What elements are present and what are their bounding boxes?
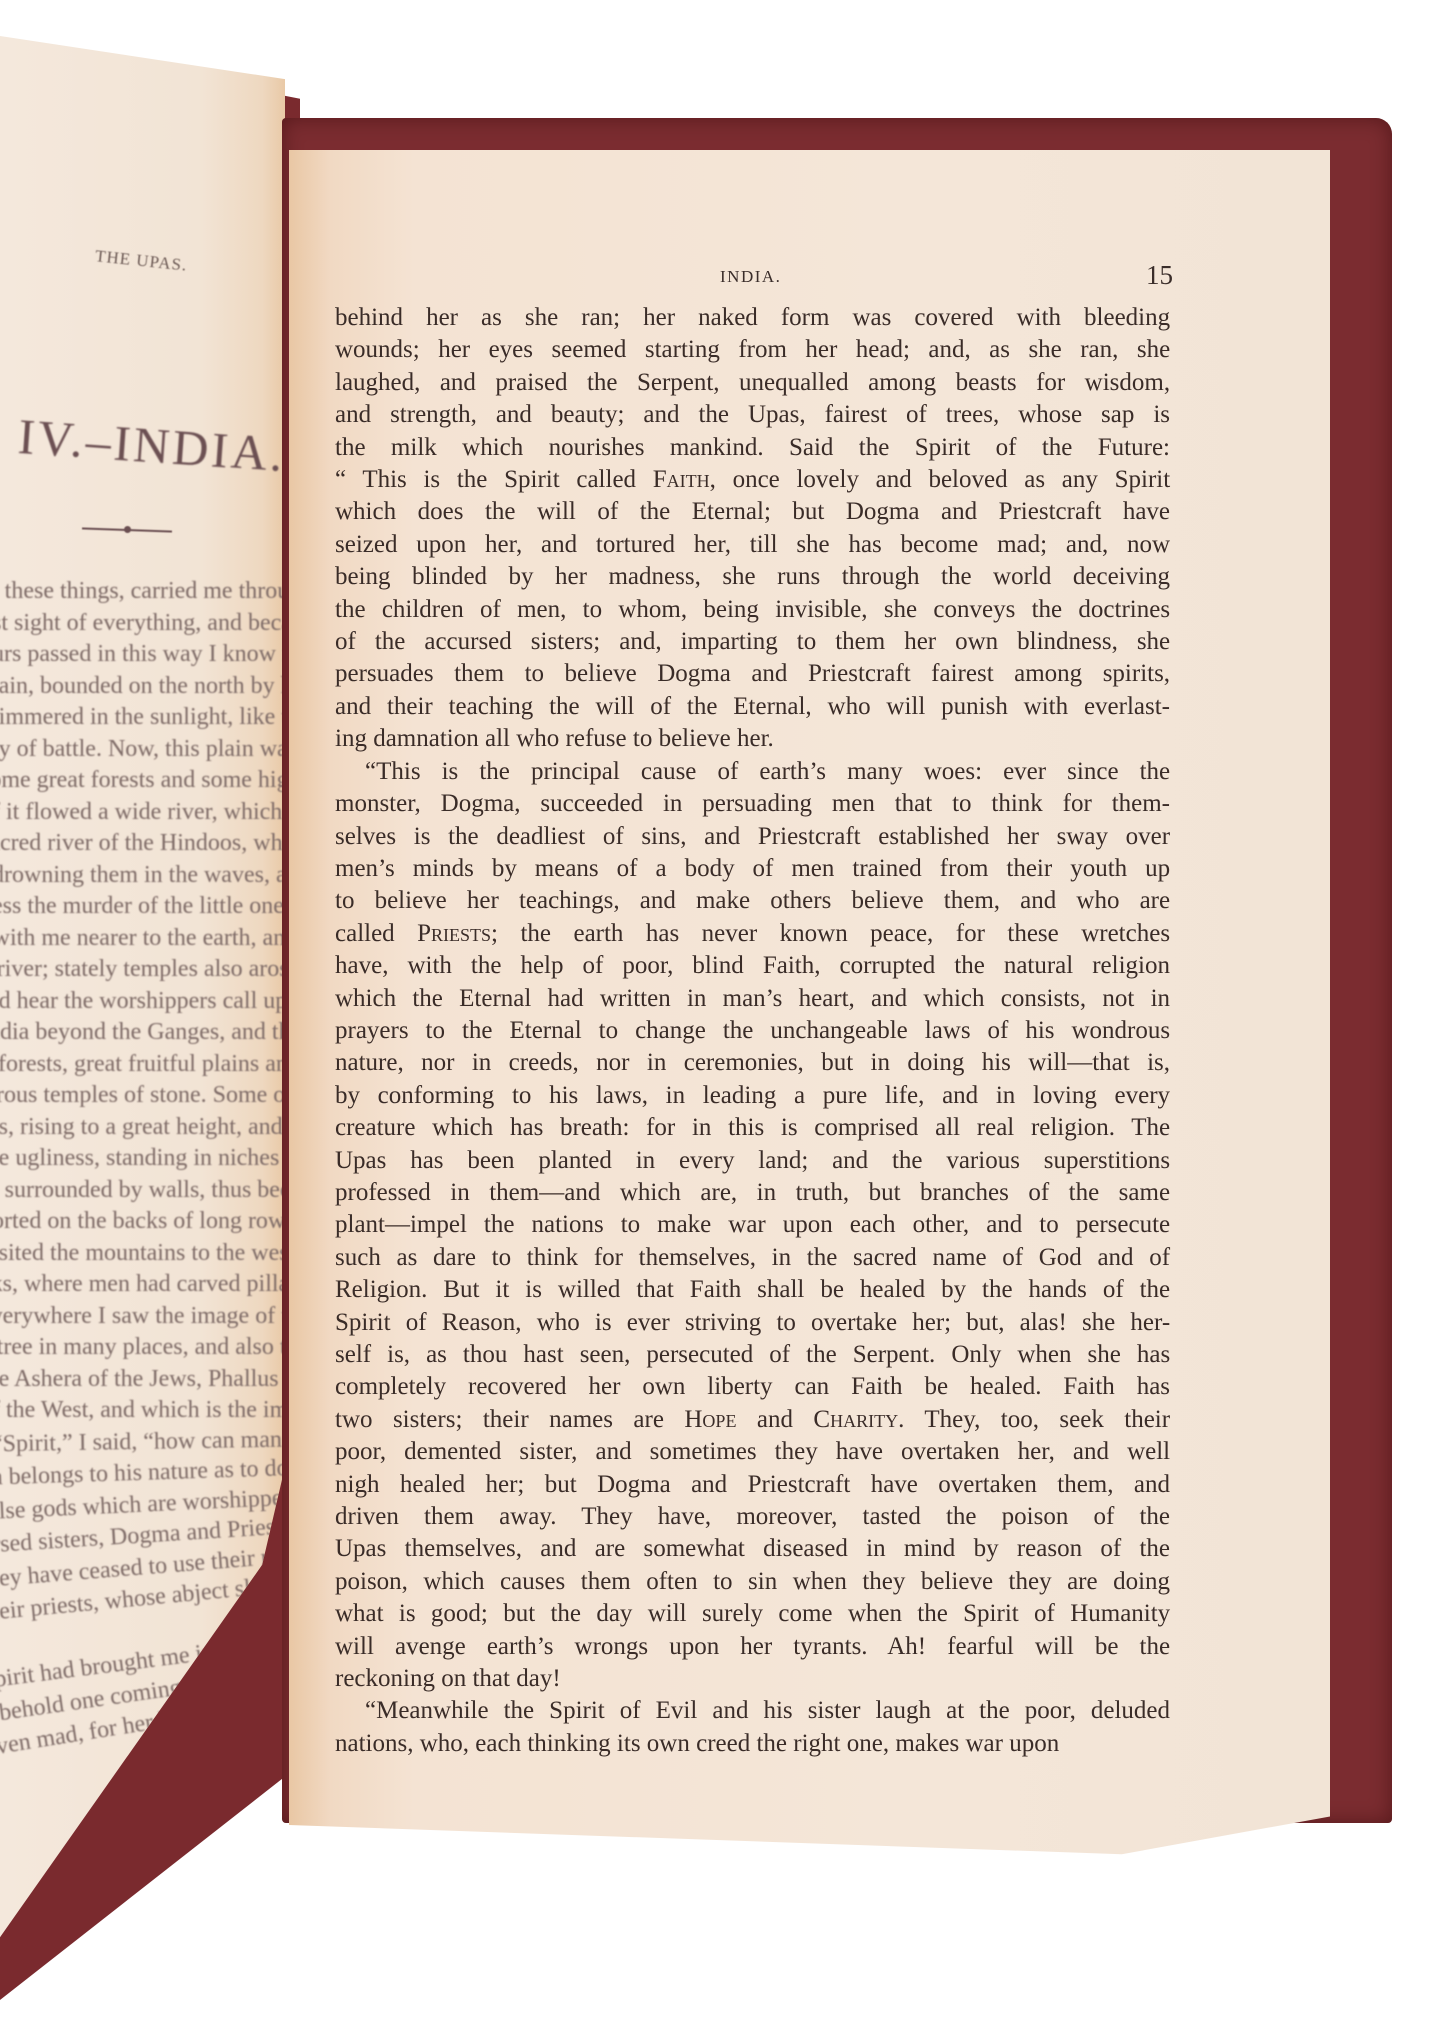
left-text-line: e river; stately temples also arose amid [0, 954, 285, 986]
text-line: monster, Dogma, succeeded in persuading … [335, 788, 1170, 820]
left-text-line: strous temples of stone. Some of them [0, 1080, 285, 1112]
running-head: INDIA. [720, 267, 781, 287]
left-text-line: of it flowed a wide river, which I knew [0, 797, 285, 829]
text-line: the children of men, to whom, being invi… [335, 594, 1170, 626]
text-line: which does the will of the Eternal; but … [335, 496, 1170, 528]
left-text-line: uld hear the worshippers call upon the [0, 986, 285, 1018]
left-text-line: visited the mountains to the westward, [0, 1238, 285, 1270]
left-text-line: e tree in many places, and also the [0, 1332, 285, 1364]
text-line: and their teaching the will of the Etern… [335, 691, 1170, 723]
text-line: and strength, and beauty; and the Upas, … [335, 399, 1170, 431]
left-text-line: India beyond the Ganges, and there I be [0, 1017, 285, 1049]
text-line: nigh healed her; but Dogma and Priestcra… [335, 1469, 1170, 1501]
text-line: professed in them—and which are, in trut… [335, 1177, 1170, 1209]
left-text-line: ours passed in this way I know not; but [0, 639, 285, 671]
text-line: behind her as she ran; her naked form wa… [335, 302, 1170, 334]
left-text-line: d forests, great fruitful plains and po [0, 1049, 285, 1081]
text-line: Upas has been planted in every land; and… [335, 1145, 1170, 1177]
text-line: creature which has breath: for in this i… [335, 1112, 1170, 1144]
right-page-body: behind her as she ran; her naked form wa… [335, 302, 1170, 1760]
text-line: such as dare to think for themselves, in… [335, 1242, 1170, 1274]
left-text-line: everywhere I saw the image of the Ser [0, 1301, 285, 1333]
text-line: Religion. But it is willed that Faith sh… [335, 1274, 1170, 1306]
text-line: selves is the deadliest of sins, and Pri… [335, 821, 1170, 853]
left-text-line: ness the murder of the little ones. [0, 891, 285, 923]
text-line: the milk which nourishes mankind. Said t… [335, 432, 1170, 464]
text-line: nations, who, each thinking its own cree… [335, 1728, 1170, 1760]
text-line: by conforming to his laws, in leading a … [335, 1080, 1170, 1112]
text-line: Upas themselves, and are somewhat diseas… [335, 1533, 1170, 1565]
left-text-line: id these things, carried me through the [0, 576, 285, 608]
left-text-line: plain, bounded on the north by high mo [0, 671, 285, 703]
page-number: 15 [1146, 260, 1173, 291]
text-line: men’s minds by means of a body of men tr… [335, 853, 1170, 885]
text-line: of the accursed sisters; and, imparting … [335, 626, 1170, 658]
left-text-line: the Ashera of the Jews, Phallus of [0, 1364, 285, 1396]
left-text-line: glimmered in the sunlight, like the spea… [0, 702, 285, 734]
chapter-title: IV.–INDIA. [16, 407, 285, 484]
left-text-line: ported on the backs of long rows of enor [0, 1206, 285, 1238]
left-running-head: THE UPAS. [94, 246, 188, 276]
text-line: “This is the principal cause of earth’s … [335, 756, 1170, 788]
left-text-line: ray of battle. Now, this plain was very [0, 734, 285, 766]
left-text-line: ble ugliness, standing in niches made [0, 1143, 285, 1175]
left-text-line: cks, where men had carved pillars, and [0, 1269, 285, 1301]
text-line: being blinded by her madness, she runs t… [335, 561, 1170, 593]
text-line: reckoning on that day! [335, 1663, 1170, 1695]
text-line: which the Eternal had written in man’s h… [335, 983, 1170, 1015]
left-text-line: ost sight of everything, and became as [0, 608, 285, 640]
text-line: Spirit of Reason, who is ever striving t… [335, 1307, 1170, 1339]
left-text-line: some great forests and some high mo [0, 765, 285, 797]
left-text-line: ids, rising to a great height, and cover… [0, 1112, 285, 1144]
left-page-body: id these things, carried me through theo… [0, 576, 285, 1742]
text-line: will avenge earth’s wrongs upon her tyra… [335, 1631, 1170, 1663]
text-line: “Meanwhile the Spirit of Evil and his si… [335, 1695, 1170, 1727]
text-line: nature, nor in creeds, nor in ceremonies… [335, 1047, 1170, 1079]
left-text-line: of the West, and which is the image of [0, 1395, 285, 1427]
left-text-line: l with me nearer to the earth, and I saw [0, 923, 285, 955]
text-line: driven them away. They have, moreover, t… [335, 1501, 1170, 1533]
text-line: “ This is the Spirit called Faith, once … [335, 464, 1170, 496]
text-line: completely recovered her own liberty can… [335, 1371, 1170, 1403]
text-line: poison, which causes them often to sin w… [335, 1566, 1170, 1598]
left-text-line: , drowning them in the waves, and calm [0, 860, 285, 892]
text-line: plant—impel the nations to make war upon… [335, 1209, 1170, 1241]
left-text-line: sacred river of the Hindoos, who th [0, 828, 285, 860]
text-line: wounds; her eyes seemed starting from he… [335, 334, 1170, 366]
text-line: self is, as thou hast seen, persecuted o… [335, 1339, 1170, 1371]
ornament-rule [82, 527, 172, 532]
text-line: laughed, and praised the Serpent, unequa… [335, 367, 1170, 399]
text-line: called Priests; the earth has never know… [335, 918, 1170, 950]
text-line: prayers to the Eternal to change the unc… [335, 1015, 1170, 1047]
text-line: poor, demented sister, and sometimes the… [335, 1436, 1170, 1468]
text-line: two sisters; their names are Hope and Ch… [335, 1404, 1170, 1436]
left-text-line: re surrounded by walls, thus becoming [0, 1175, 285, 1207]
text-line: to believe her teachings, and make other… [335, 885, 1170, 917]
text-line: seized upon her, and tortured her, till … [335, 529, 1170, 561]
text-line: ing damnation all who refuse to believe … [335, 723, 1170, 755]
text-line: what is good; but the day will surely co… [335, 1598, 1170, 1630]
text-line: persuades them to believe Dogma and Prie… [335, 658, 1170, 690]
text-line: have, with the help of poor, blind Faith… [335, 950, 1170, 982]
